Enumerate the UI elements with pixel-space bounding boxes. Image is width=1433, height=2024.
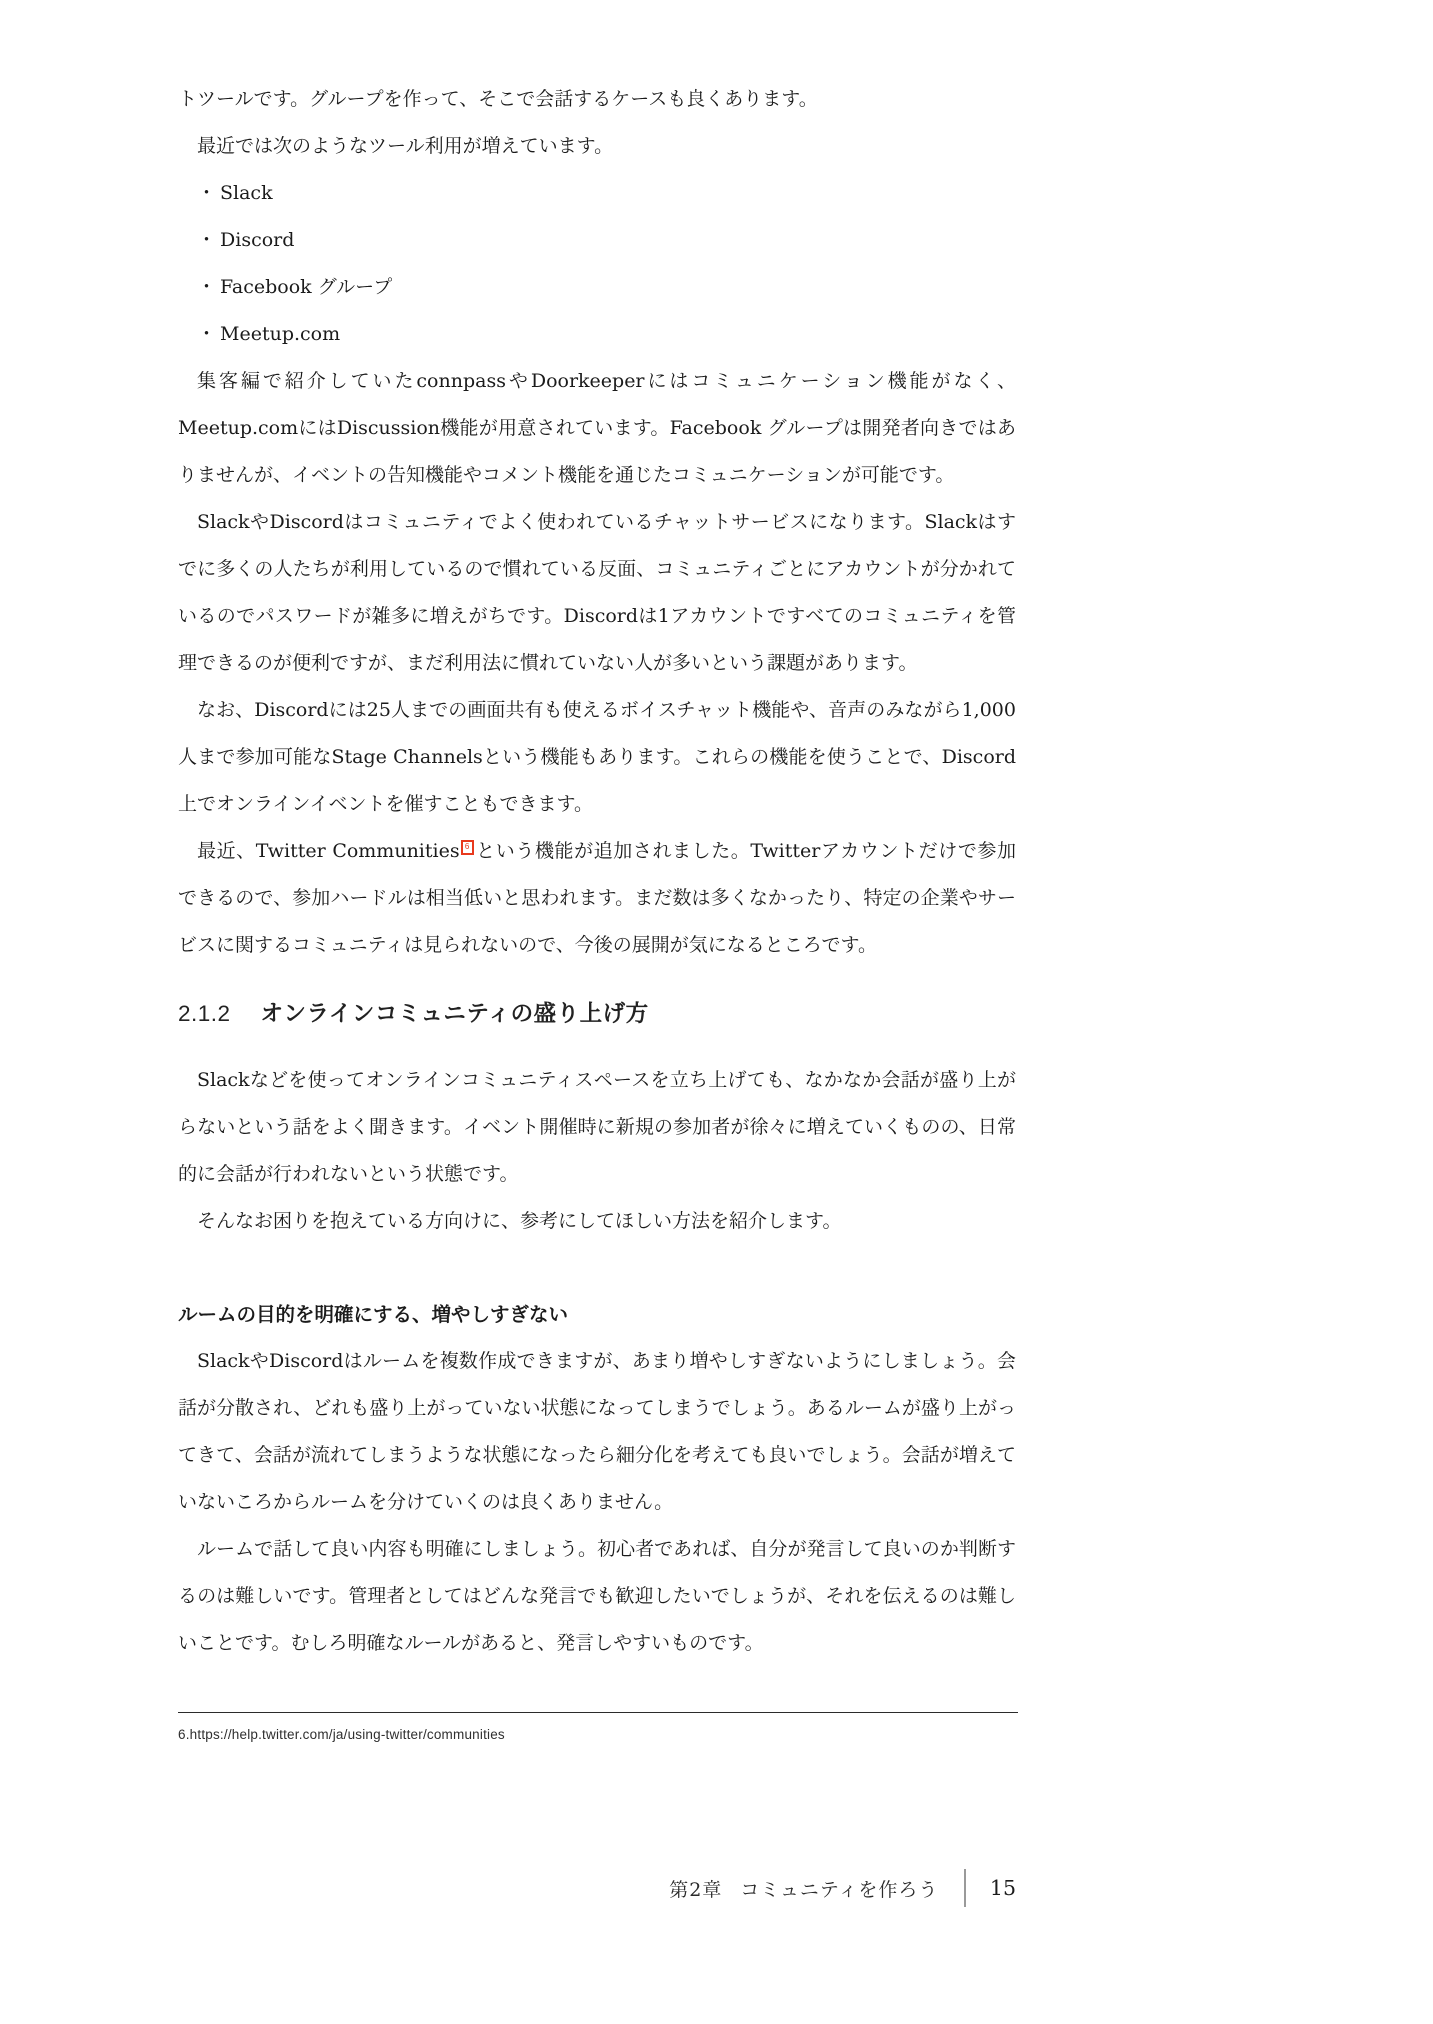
list-item: ・Slack [197, 170, 1016, 217]
bullet-icon: ・ [197, 229, 216, 251]
paragraph-twitter-communities: 最近、Twitter Communities6という機能が追加されました。Twi… [178, 828, 1016, 969]
footnote-url: 6.https://help.twitter.com/ja/using-twit… [178, 1727, 1018, 1742]
page-number: 15 [990, 1876, 1016, 1900]
tool-list: ・Slack ・Discord ・Facebook グループ ・Meetup.c… [178, 170, 1016, 358]
footer-divider [964, 1869, 966, 1907]
paragraph-method-intro: そんなお困りを抱えている方向けに、参考にしてほしい方法を紹介します。 [178, 1198, 1016, 1245]
paragraph-discord-features: なお、Discordには25人までの画面共有も使えるボイスチャット機能や、音声の… [178, 687, 1016, 828]
section-number: 2.1.2 [178, 1001, 231, 1026]
chapter-title: コミュニティを作ろう [740, 1875, 938, 1902]
section-heading: 2.1.2オンラインコミュニティの盛り上げ方 [178, 990, 1016, 1037]
chapter-label: 第2章 [669, 1875, 722, 1902]
tool-name: Slack [220, 182, 273, 204]
paragraph-room-rules: ルームで話して良い内容も明確にしましょう。初心者であれば、自分が発言して良いのか… [178, 1526, 1016, 1667]
paragraph-room-count: SlackやDiscordはルームを複数作成できますが、あまり増やしすぎないよう… [178, 1338, 1016, 1526]
paragraph-tools-intro: 最近では次のようなツール利用が増えています。 [178, 123, 1016, 170]
bullet-icon: ・ [197, 323, 216, 345]
page-body: トツールです。グループを作って、そこで会話するケースも良くあります。 最近では次… [178, 76, 1016, 1667]
tool-name: Facebook グループ [220, 276, 392, 298]
footnote-section: 6.https://help.twitter.com/ja/using-twit… [178, 1712, 1018, 1742]
list-item: ・Discord [197, 217, 1016, 264]
bullet-icon: ・ [197, 276, 216, 298]
tool-name: Discord [220, 229, 294, 251]
page-footer: 第2章 コミュニティを作ろう 15 [669, 1866, 1016, 1910]
paragraph-continuation: トツールです。グループを作って、そこで会話するケースも良くあります。 [178, 76, 1016, 123]
tool-name: Meetup.com [220, 323, 340, 345]
bullet-icon: ・ [197, 182, 216, 204]
footnote-ref-marker: 6 [461, 840, 474, 855]
paragraph-text: 最近、Twitter Communities [197, 840, 460, 862]
paragraph-slack-discord: SlackやDiscordはコミュニティでよく使われているチャットサービスになり… [178, 499, 1016, 687]
book-page: トツールです。グループを作って、そこで会話するケースも良くあります。 最近では次… [0, 0, 1433, 2024]
subsection-heading: ルームの目的を明確にする、増やしすぎない [178, 1291, 1016, 1338]
section-title: オンラインコミュニティの盛り上げ方 [261, 1001, 649, 1026]
list-item: ・Facebook グループ [197, 264, 1016, 311]
list-item: ・Meetup.com [197, 311, 1016, 358]
paragraph-community-struggle: Slackなどを使ってオンラインコミュニティスペースを立ち上げても、なかなか会話… [178, 1057, 1016, 1198]
paragraph-connpass-doorkeeper: 集客編で紹介していたconnpassやDoorkeeperにはコミュニケーション… [178, 358, 1016, 499]
